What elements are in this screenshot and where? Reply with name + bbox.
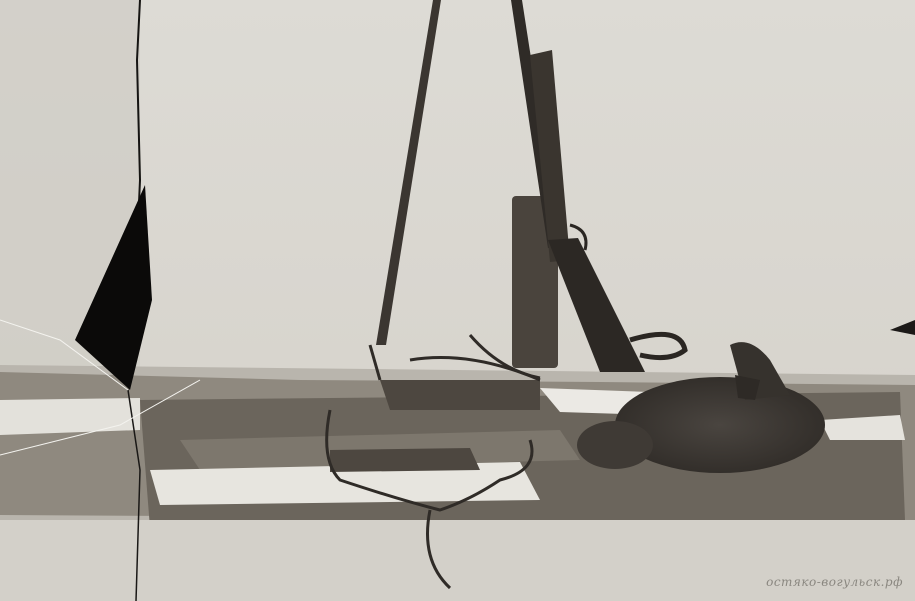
photo-scene <box>0 0 915 601</box>
watermark: остяко-вогульск.рф <box>766 575 903 589</box>
photograph: остяко-вогульск.рф <box>0 0 915 601</box>
